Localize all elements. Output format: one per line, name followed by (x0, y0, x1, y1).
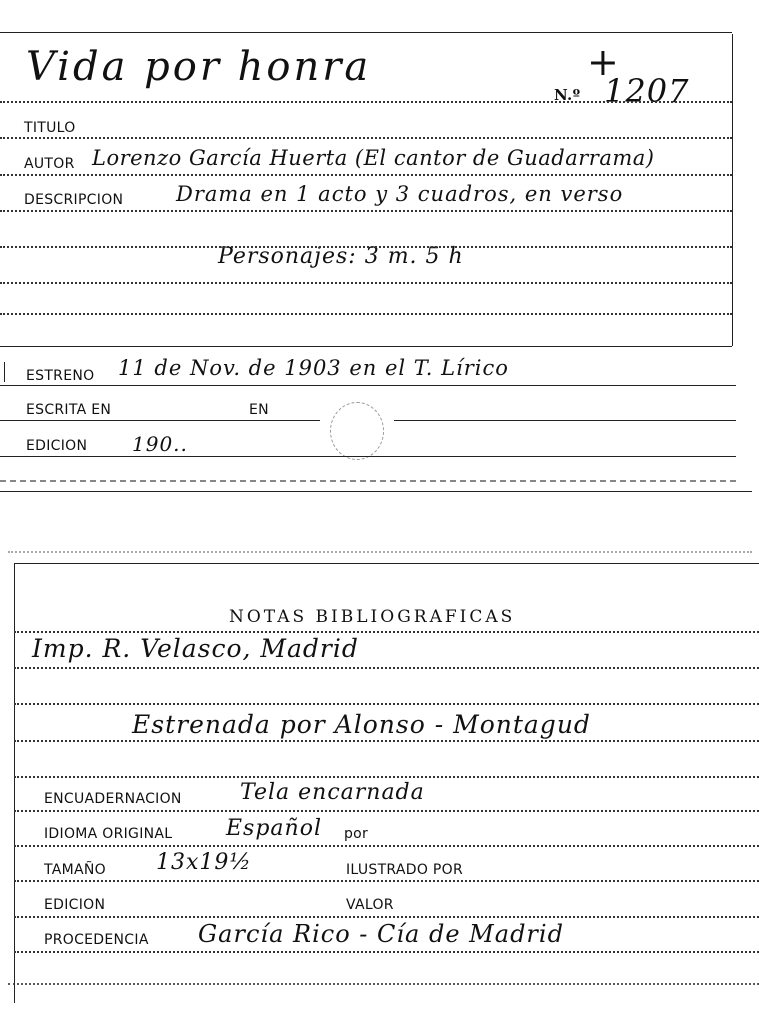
card2-top-noise (8, 551, 752, 553)
encuadernacion-label: ENCUADERNACION (44, 791, 182, 807)
titulo-label: TITULO (24, 120, 76, 136)
blank-line-3 (0, 313, 732, 315)
autor-line (0, 174, 732, 176)
en-label: EN (249, 402, 269, 418)
descripcion-label: DESCRIPCION (24, 192, 123, 208)
card-bottom-border (0, 491, 752, 492)
tamano-line (14, 880, 759, 882)
ilustrado-label: ILUSTRADO POR (346, 862, 463, 878)
estreno-value: 11 de Nov. de 1903 en el T. Lírico (118, 356, 509, 380)
idioma-label: IDIOMA ORIGINAL (44, 826, 172, 842)
note-estrenada: Estrenada por Alonso - Montagud (132, 710, 591, 739)
notas-heading: NOTAS BIBLIOGRAFICAS (229, 607, 515, 627)
edicion-line (0, 456, 736, 457)
card-right-border (732, 34, 733, 346)
section-divider (0, 346, 732, 347)
punch-hole-mark (330, 402, 384, 460)
edicion-label: EDICION (26, 438, 87, 454)
valor-label: VALOR (346, 897, 394, 913)
idioma-value: Español (226, 816, 322, 841)
encuadernacion-line (14, 810, 759, 812)
tamano-label: TAMAÑO (44, 862, 106, 878)
procedencia-label: PROCEDENCIA (44, 932, 149, 948)
estreno-line (0, 385, 736, 386)
escrita-line-right (394, 420, 736, 421)
titulo-line (0, 137, 732, 139)
notes-line-2 (14, 667, 759, 669)
idioma-line (14, 845, 759, 847)
procedencia-line (14, 951, 759, 953)
blank-line-1 (0, 246, 732, 248)
card-bottom-dashes (0, 480, 736, 482)
escrita-line-left (0, 420, 320, 421)
note-imprenta: Imp. R. Velasco, Madrid (32, 634, 359, 663)
notes-line-3 (14, 703, 759, 705)
card2-left-border (14, 563, 15, 1003)
autor-label: AUTOR (24, 156, 75, 172)
edicion2-line (14, 916, 759, 918)
autor-value: Lorenzo García Huerta (El cantor de Guad… (92, 146, 654, 170)
card2-top-border (14, 563, 759, 564)
procedencia-value: García Rico - Cía de Madrid (198, 920, 564, 948)
title-line (0, 101, 732, 103)
title-value: Vida por honra (26, 44, 371, 90)
escrita-en-label: ESCRITA EN (26, 402, 111, 418)
card2-bottom-line (8, 983, 759, 985)
encuadernacion-value: Tela encarnada (240, 780, 425, 805)
descripcion-value: Drama en 1 acto y 3 cuadros, en verso (176, 182, 623, 206)
blank-line-2 (0, 282, 732, 284)
card-top-border (0, 32, 732, 33)
estreno-label: ESTRENO (26, 368, 94, 384)
left-edge-mark (4, 362, 5, 382)
number-value: 1207 (604, 72, 689, 110)
notes-line-5 (14, 776, 759, 778)
tamano-value: 13x19½ (156, 850, 252, 875)
notes-line-1 (14, 631, 759, 633)
descripcion-line (0, 210, 732, 212)
notes-line-4 (14, 740, 759, 742)
por-label: por (344, 826, 368, 842)
edicion-value: 190.. (132, 432, 188, 456)
edicion2-label: EDICION (44, 897, 105, 913)
